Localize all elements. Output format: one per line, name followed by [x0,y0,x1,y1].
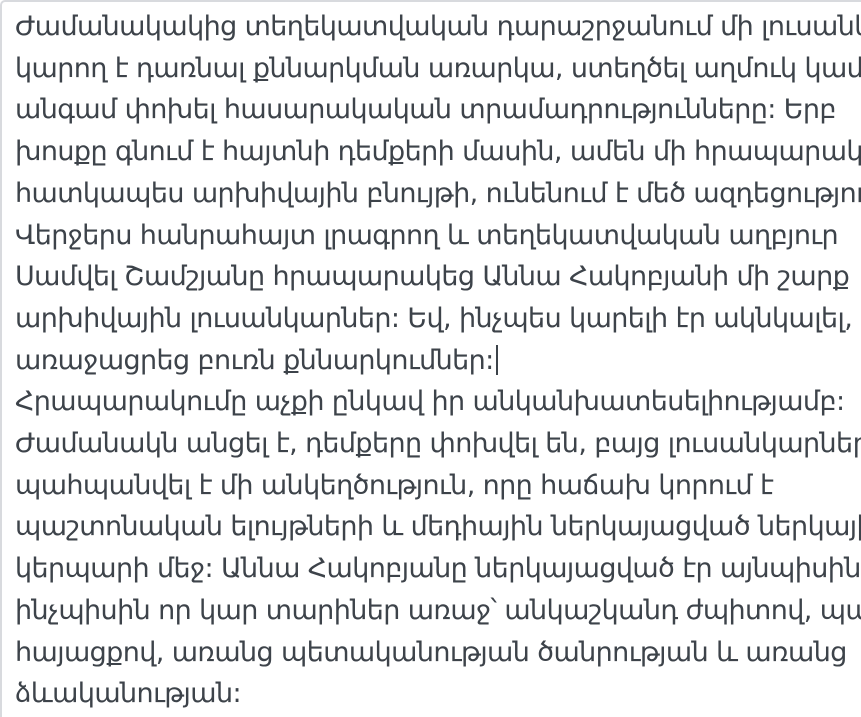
text-line: անգամ փոխել հասարակական տրամադրություննե… [15,89,853,131]
text-line: Ժամանակակից տեղեկատվական դարաշրջանում մի… [15,6,853,48]
text-line: հայացքով, առանց պետականության ծանրության… [15,632,853,674]
text-line-content: Սամվել Շամշյանը հրապարակեց Աննա Հակոբյան… [15,261,849,292]
page: { "colors": { "background": "#ffffff", "… [0,0,861,717]
text-line-content: արխիվային լուսանկարներ: Եվ, ինչպես կարել… [15,303,861,334]
text-caret [496,345,498,375]
text-line: առաջացրեց բուռն քննարկումներ: [15,340,853,382]
text-line-content: Հրապարակումը աչքի ընկավ իր անկանխատեսելի… [15,386,844,417]
text-line-content: հայացքով, առանց պետականության ծանրության… [15,637,847,668]
text-line: արխիվային լուսանկարներ: Եվ, ինչպես կարել… [15,298,853,340]
text-line-content: խոսքը գնում է հայտնի դեմքերի մասին, ամեն… [15,136,861,167]
text-line: Հրապարակումը աչքի ընկավ իր անկանխատեսելի… [15,381,853,423]
text-line: հատկապես արխիվային բնույթի, ունենում է մ… [15,173,853,215]
text-line: կարող է դառնալ քննարկման առարկա, ստեղծել… [15,48,853,90]
text-line: Սամվել Շամշյանը հրապարակեց Աննա Հակոբյան… [15,256,853,298]
text-line-content: Ժամանակակից տեղեկատվական դարաշրջանում մի… [15,11,861,42]
text-line: ինչպիսին որ կար տարիներ առաջ՝ անկաշկանդ … [15,590,853,632]
text-line-content: Վերջերս հանրահայտ լրագրող և տեղեկատվական… [15,220,838,251]
text-line: ձևականության: [15,673,853,715]
text-line: պահպանվել է մի անկեղծություն, որը հաճախ … [15,465,853,507]
text-line: կերպարի մեջ: Աննա Հակոբյանը ներկայացված … [15,548,853,590]
text-line: պաշտոնական ելույթների և մեդիային ներկայա… [15,506,853,548]
text-editor[interactable]: Ժամանակակից տեղեկատվական դարաշրջանում մի… [0,0,861,717]
text-line-content: կարող է դառնալ քննարկման առարկա, ստեղծել… [15,53,861,84]
text-line-content: հատկապես արխիվային բնույթի, ունենում է մ… [15,178,861,209]
text-line-content: առաջացրեց բուռն քննարկումներ: [15,345,494,376]
text-line: Ժամանակն անցել է, դեմքերը փոխվել են, բայ… [15,423,853,465]
text-line-content: Ժամանակն անցել է, դեմքերը փոխվել են, բայ… [15,428,861,459]
text-line: խոսքը գնում է հայտնի դեմքերի մասին, ամեն… [15,131,853,173]
text-line-content: ձևականության: [15,678,241,709]
text-line-content: անգամ փոխել հասարակական տրամադրություննե… [15,94,836,125]
text-line-content: պահպանվել է մի անկեղծություն, որը հաճախ … [15,470,773,501]
text-line: Վերջերս հանրահայտ լրագրող և տեղեկատվական… [15,215,853,257]
text-line-content: ինչպիսին որ կար տարիներ առաջ՝ անկաշկանդ … [15,595,861,626]
text-line-content: կերպարի մեջ: Աննա Հակոբյանը ներկայացված … [15,553,861,584]
editor-text: Ժամանակակից տեղեկատվական դարաշրջանում մի… [15,6,853,715]
text-line-content: պաշտոնական ելույթների և մեդիային ներկայա… [15,511,861,542]
